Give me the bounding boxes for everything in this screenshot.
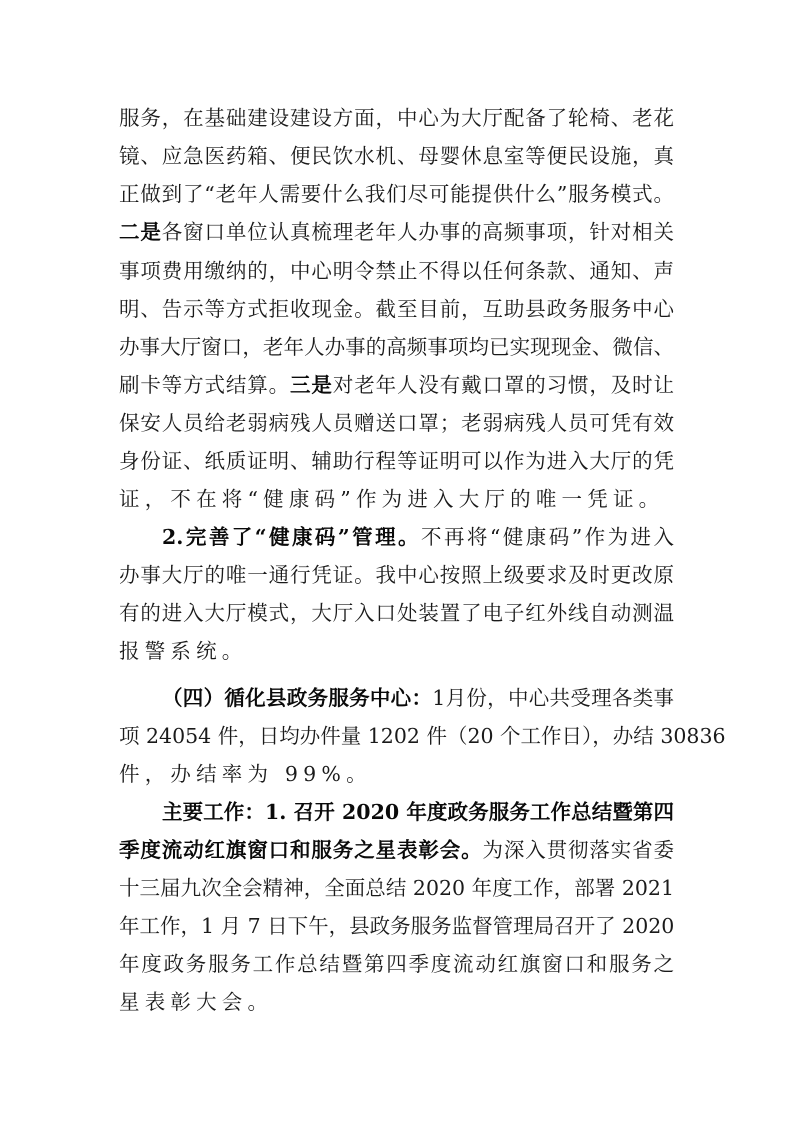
text-segment: 办事大厅窗口，老年人办事的高频事项均已实现现金、微信、 bbox=[119, 335, 674, 359]
text-line: 年度政务服务工作总结暨第四季度流动红旗窗口和服务之 bbox=[119, 949, 674, 979]
text-segment: 年工作，1 月 7 日下午，县政务服务监督管理局召开了 2020 bbox=[119, 914, 674, 938]
text-line: 身份证、纸质证明、辅助行程等证明可以作为进入大厅的凭 bbox=[119, 446, 674, 476]
text-line: 正做到了“老年人需要什么我们尽可能提供什么”服务模式。 bbox=[119, 179, 674, 209]
text-line: 事项费用缴纳的，中心明令禁止不得以任何条款、通知、声 bbox=[119, 256, 674, 286]
bold-text-segment: 三是 bbox=[290, 373, 333, 397]
text-line: 季度流动红旗窗口和服务之星表彰会。为深入贯彻落实省委 bbox=[119, 835, 674, 865]
bold-text-segment: 主要工作：1. 召开 2020 年度政务服务工作总结暨第四 bbox=[162, 800, 674, 824]
text-line: 刷卡等方式结算。三是对老年人没有戴口罩的习惯，及时让 bbox=[119, 370, 674, 400]
text-segment: 件，办结率为 99%。 bbox=[119, 762, 372, 786]
text-segment: 明、告示等方式拒收现金。截至目前，互助县政务服务中心 bbox=[119, 297, 674, 321]
text-line: 办事大厅窗口，老年人办事的高频事项均已实现现金、微信、 bbox=[119, 332, 674, 362]
text-segment: 有的进入大厅模式，大厅入口处装置了电子红外线自动测温 bbox=[119, 601, 674, 625]
text-line: 保安人员给老弱病残人员赠送口罩；老弱病残人员可凭有效 bbox=[119, 408, 674, 438]
bold-text-segment: （四）循化县政务服务中心： bbox=[162, 686, 432, 710]
text-line: 年工作，1 月 7 日下午，县政务服务监督管理局召开了 2020 bbox=[119, 911, 674, 941]
text-segment: 十三届九次全会精神，全面总结 2020 年度工作，部署 2021 bbox=[119, 876, 674, 900]
text-segment: 刷卡等方式结算。 bbox=[119, 373, 290, 397]
text-line: （四）循化县政务服务中心：1月份，中心共受理各类事 bbox=[162, 683, 674, 713]
text-line: 有的进入大厅模式，大厅入口处装置了电子红外线自动测温 bbox=[119, 598, 674, 628]
text-segment: 年度政务服务工作总结暨第四季度流动红旗窗口和服务之 bbox=[119, 952, 674, 976]
text-segment: 保安人员给老弱病残人员赠送口罩；老弱病残人员可凭有效 bbox=[119, 411, 674, 435]
text-line: 明、告示等方式拒收现金。截至目前，互助县政务服务中心 bbox=[119, 294, 674, 324]
text-segment: 报警系统。 bbox=[119, 639, 248, 663]
text-segment: 办事大厅的唯一通行凭证。我中心按照上级要求及时更改原 bbox=[119, 563, 674, 587]
text-segment: 为深入贯彻落实省委 bbox=[482, 838, 674, 862]
text-segment: 不再将“健康码”作为进入 bbox=[421, 525, 674, 549]
document-page: 服务，在基础建设建设方面，中心为大厅配备了轮椅、老花镜、应急医药箱、便民饮水机、… bbox=[0, 0, 793, 1122]
text-line: 镜、应急医药箱、便民饮水机、母婴休息室等便民设施，真 bbox=[119, 141, 674, 171]
text-line: 十三届九次全会精神，全面总结 2020 年度工作，部署 2021 bbox=[119, 873, 674, 903]
text-line: 主要工作：1. 召开 2020 年度政务服务工作总结暨第四 bbox=[162, 797, 674, 827]
text-line: 二是各窗口单位认真梳理老年人办事的高频事项，针对相关 bbox=[119, 217, 674, 247]
text-line: 项 24054 件，日均办件量 1202 件（20 个工作日），办结 30836 bbox=[119, 721, 674, 751]
text-line: 星表彰大会。 bbox=[119, 987, 674, 1017]
text-segment: 证，不在将“健康码”作为进入大厅的唯一凭证。 bbox=[119, 487, 664, 511]
bold-text-segment: 2.完善了“健康码”管理。 bbox=[162, 525, 421, 549]
text-line: 证，不在将“健康码”作为进入大厅的唯一凭证。 bbox=[119, 484, 674, 514]
text-segment: 服务，在基础建设建设方面，中心为大厅配备了轮椅、老花 bbox=[119, 106, 674, 130]
text-segment: 项 24054 件，日均办件量 1202 件（20 个工作日），办结 30836 bbox=[119, 724, 726, 748]
text-segment: 对老年人没有戴口罩的习惯，及时让 bbox=[333, 373, 674, 397]
text-segment: 星表彰大会。 bbox=[119, 990, 273, 1014]
text-line: 服务，在基础建设建设方面，中心为大厅配备了轮椅、老花 bbox=[119, 103, 674, 133]
text-segment: 事项费用缴纳的，中心明令禁止不得以任何条款、通知、声 bbox=[119, 259, 674, 283]
text-segment: 身份证、纸质证明、辅助行程等证明可以作为进入大厅的凭 bbox=[119, 449, 674, 473]
text-line: 件，办结率为 99%。 bbox=[119, 759, 674, 789]
text-line: 2.完善了“健康码”管理。不再将“健康码”作为进入 bbox=[162, 522, 674, 552]
text-line: 办事大厅的唯一通行凭证。我中心按照上级要求及时更改原 bbox=[119, 560, 674, 590]
text-segment: 正做到了“老年人需要什么我们尽可能提供什么”服务模式。 bbox=[119, 182, 674, 206]
text-segment: 各窗口单位认真梳理老年人办事的高频事项，针对相关 bbox=[162, 220, 674, 244]
text-line: 报警系统。 bbox=[119, 636, 674, 666]
bold-text-segment: 二是 bbox=[119, 220, 162, 244]
text-segment: 镜、应急医药箱、便民饮水机、母婴休息室等便民设施，真 bbox=[119, 144, 674, 168]
text-segment: 1月份，中心共受理各类事 bbox=[432, 686, 674, 710]
bold-text-segment: 季度流动红旗窗口和服务之星表彰会。 bbox=[119, 838, 482, 862]
